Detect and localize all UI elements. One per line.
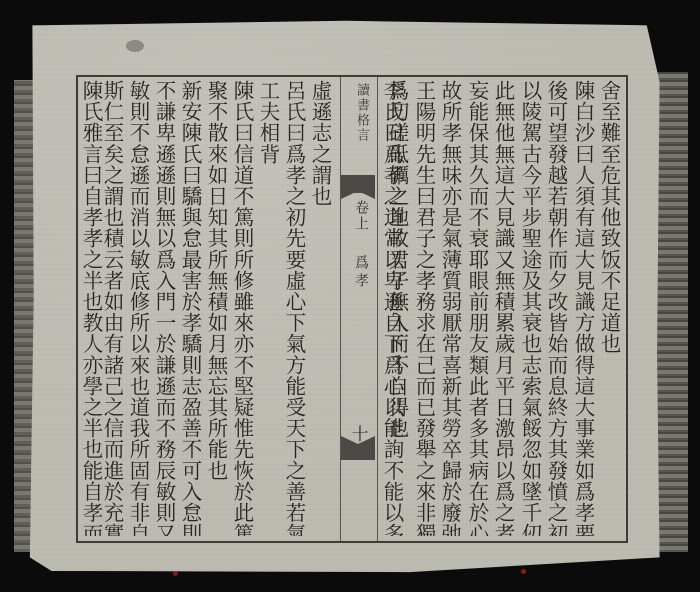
fish-tail-notch-top xyxy=(341,191,375,199)
paper-stain xyxy=(126,40,144,52)
text-column: 後可望發越若朝作而夕改皆始而息終方其發憤之初意氣之盛眞若可 xyxy=(543,80,569,536)
fish-tail-notch-bottom xyxy=(341,436,375,444)
text-column: 妄能保其久而不衰耶眼前朋友類此者多其病在於心不寧靜無定見知 xyxy=(464,80,490,536)
text-column: 此無他無這大見識又無積累歲月平日激昂以爲之者特一時好名之意氣耳 xyxy=(490,80,516,536)
text-column: 故所孝無味亦是氣薄質弱厭常喜新其勞卒歸於廢弛悲夫 xyxy=(437,80,463,536)
text-column: 舍至難至危其他致饭不足道也 xyxy=(596,80,622,536)
text-column: 王陽明先生曰君子之孝務求在己而已發舉之來非獨不以動其心且資之以 xyxy=(411,80,437,536)
text-column: 不謙卑遜遜則無以爲入門一於謙遜而不務辰敏則又不能進步遜則不驕 xyxy=(151,80,177,536)
text-column: 虛遜志之謂也 xyxy=(307,80,333,536)
adjacent-page-edge-right xyxy=(654,72,688,552)
text-column: 新安陳氏曰驕與怠最害於孝驕則志盈善不可入怠則志惰功不可進孝 xyxy=(177,80,203,536)
book-title: 讀書格言 xyxy=(345,83,371,143)
text-column: 陳氏曰信道不篤則所修雖來亦不堅疑惟先恢於此篤志不忘則來者積 xyxy=(229,80,255,536)
text-column: 敏則不怠遜而消以敏底修所以來也道我所固有非自外來來云者如 xyxy=(125,80,151,536)
text-column: 呂氏曰爲孝之初先要虛心下氣方能受天下之善若氣高則便與爲孝 xyxy=(281,80,307,536)
text-column: 陳白沙曰人須有這大見識方做得這大事業如爲孝要積累也須三年然 xyxy=(570,80,596,536)
text-column: 李氏曰爲孝之道常以卑遜自下爲心以能詢不能以多詢寡有若無實若 xyxy=(379,80,405,536)
section-label: 爲孝 xyxy=(347,255,371,291)
text-column: 陳氏雅言曰自孝孝之半也教人亦學之半也能自孝而不能教人則是能 xyxy=(78,80,104,536)
center-fold-strip xyxy=(340,77,378,541)
fish-tail-mark-bottom xyxy=(341,444,375,460)
text-column: 工夫相背 xyxy=(255,80,281,536)
volume-label: 卷上 xyxy=(347,200,371,232)
text-column: 聚不散來如日知其所無積如月無忘其所能也 xyxy=(203,80,229,536)
text-column: 以陵駕古今平步聖途及其衰也志索氣餒忽如墜千仞之淵所守只是恒人 xyxy=(517,80,543,536)
red-seal-dot xyxy=(173,571,178,576)
red-seal-dot xyxy=(521,569,526,574)
